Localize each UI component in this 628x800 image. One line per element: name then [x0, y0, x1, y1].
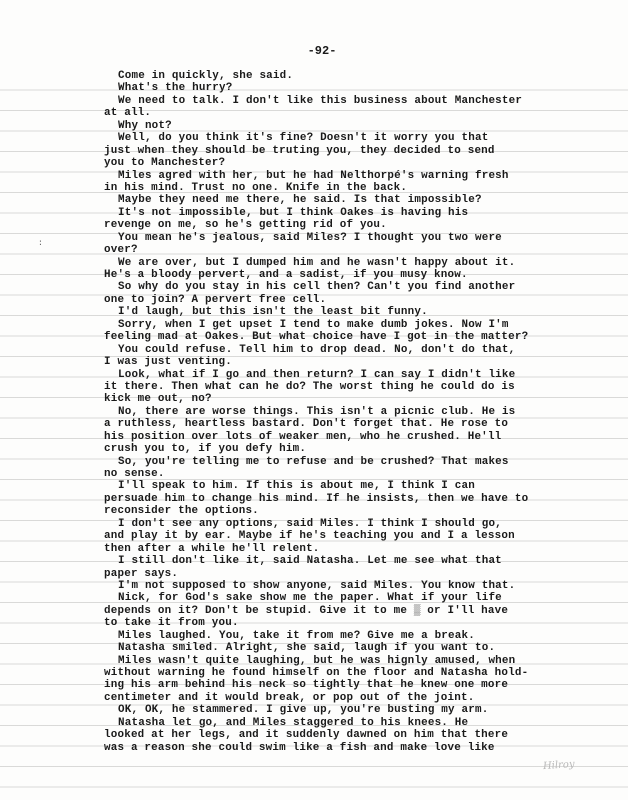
text-line: paper says. [104, 568, 624, 580]
margin-mark: : [38, 239, 43, 248]
text-line: you to Manchester? [104, 157, 624, 169]
page-number: -92- [0, 44, 628, 58]
text-line: Sorry, when I get upset I tend to make d… [104, 319, 624, 331]
text-line: Why not? [104, 120, 624, 132]
text-line: Miles agred with her, but he had Nelthor… [104, 170, 624, 182]
text-line: I still don't like it, said Natasha. Let… [104, 555, 624, 567]
text-line: Maybe they need me there, he said. Is th… [104, 194, 624, 206]
text-line: feeling mad at Oakes. But what choice ha… [104, 331, 624, 343]
text-line: Natasha let go, and Miles staggered to h… [104, 717, 624, 729]
text-line: I'd laugh, but this isn't the least bit … [104, 306, 624, 318]
text-line: Nick, for God's sake show me the paper. … [104, 592, 624, 604]
text-line: Well, do you think it's fine? Doesn't it… [104, 132, 624, 144]
text-line: was a reason she could swim like a fish … [104, 742, 624, 754]
paper-brand-watermark: Hilroy [543, 759, 575, 772]
text-line: OK, OK, he stammered. I give up, you're … [104, 704, 624, 716]
text-line: He's a bloody pervert, and a sadist, if … [104, 269, 624, 281]
text-line: centimeter and it would break, or pop ou… [104, 692, 624, 704]
text-line: We are over, but I dumped him and he was… [104, 257, 624, 269]
text-line: Come in quickly, she said. [104, 70, 624, 82]
text-line: without warning he found himself on the … [104, 667, 624, 679]
text-line: ing his arm behind his neck so tightly t… [104, 679, 624, 691]
text-line: just when they should be truting you, th… [104, 145, 624, 157]
text-line: no sense. [104, 468, 624, 480]
page-number-text: -92- [308, 44, 337, 58]
text-line: his position over lots of weaker men, wh… [104, 431, 624, 443]
text-line: depends on it? Don't be stupid. Give it … [104, 605, 624, 617]
text-line: persuade him to change his mind. If he i… [104, 493, 624, 505]
text-line: So why do you stay in his cell then? Can… [104, 281, 624, 293]
text-line: over? [104, 244, 624, 256]
text-line: You mean he's jealous, said Miles? I tho… [104, 232, 624, 244]
text-line: it there. Then what can he do? The worst… [104, 381, 624, 393]
manuscript-body: Come in quickly, she said.What's the hur… [104, 70, 624, 754]
text-line: a ruthless, heartless bastard. Don't for… [104, 418, 624, 430]
text-line: crush you to, if you defy him. [104, 443, 624, 455]
text-line: It's not impossible, but I think Oakes i… [104, 207, 624, 219]
text-line: Miles laughed. You, take it from me? Giv… [104, 630, 624, 642]
text-line: I'm not supposed to show anyone, said Mi… [104, 580, 624, 592]
text-line: I don't see any options, said Miles. I t… [104, 518, 624, 530]
typewritten-page: -92- : Come in quickly, she said.What's … [0, 0, 628, 800]
text-line: You could refuse. Tell him to drop dead.… [104, 344, 624, 356]
text-line: in his mind. Trust no one. Knife in the … [104, 182, 624, 194]
text-line: looked at her legs, and it suddenly dawn… [104, 729, 624, 741]
text-line: kick me out, no? [104, 393, 624, 405]
text-line: Miles wasn't quite laughing, but he was … [104, 655, 624, 667]
text-line: We need to talk. I don't like this busin… [104, 95, 624, 107]
text-line: one to join? A pervert free cell. [104, 294, 624, 306]
text-line: I'll speak to him. If this is about me, … [104, 480, 624, 492]
text-line: I was just venting. [104, 356, 624, 368]
text-line: and play it by ear. Maybe if he's teachi… [104, 530, 624, 542]
text-line: at all. [104, 107, 624, 119]
text-line: So, you're telling me to refuse and be c… [104, 456, 624, 468]
text-line: revenge on me, so he's getting rid of yo… [104, 219, 624, 231]
text-line: No, there are worse things. This isn't a… [104, 406, 624, 418]
text-line: reconsider the options. [104, 505, 624, 517]
text-line: to take it from you. [104, 617, 624, 629]
text-line: Natasha smiled. Alright, she said, laugh… [104, 642, 624, 654]
text-line: What's the hurry? [104, 82, 624, 94]
text-line: then after a while he'll relent. [104, 543, 624, 555]
text-line: Look, what if I go and then return? I ca… [104, 369, 624, 381]
